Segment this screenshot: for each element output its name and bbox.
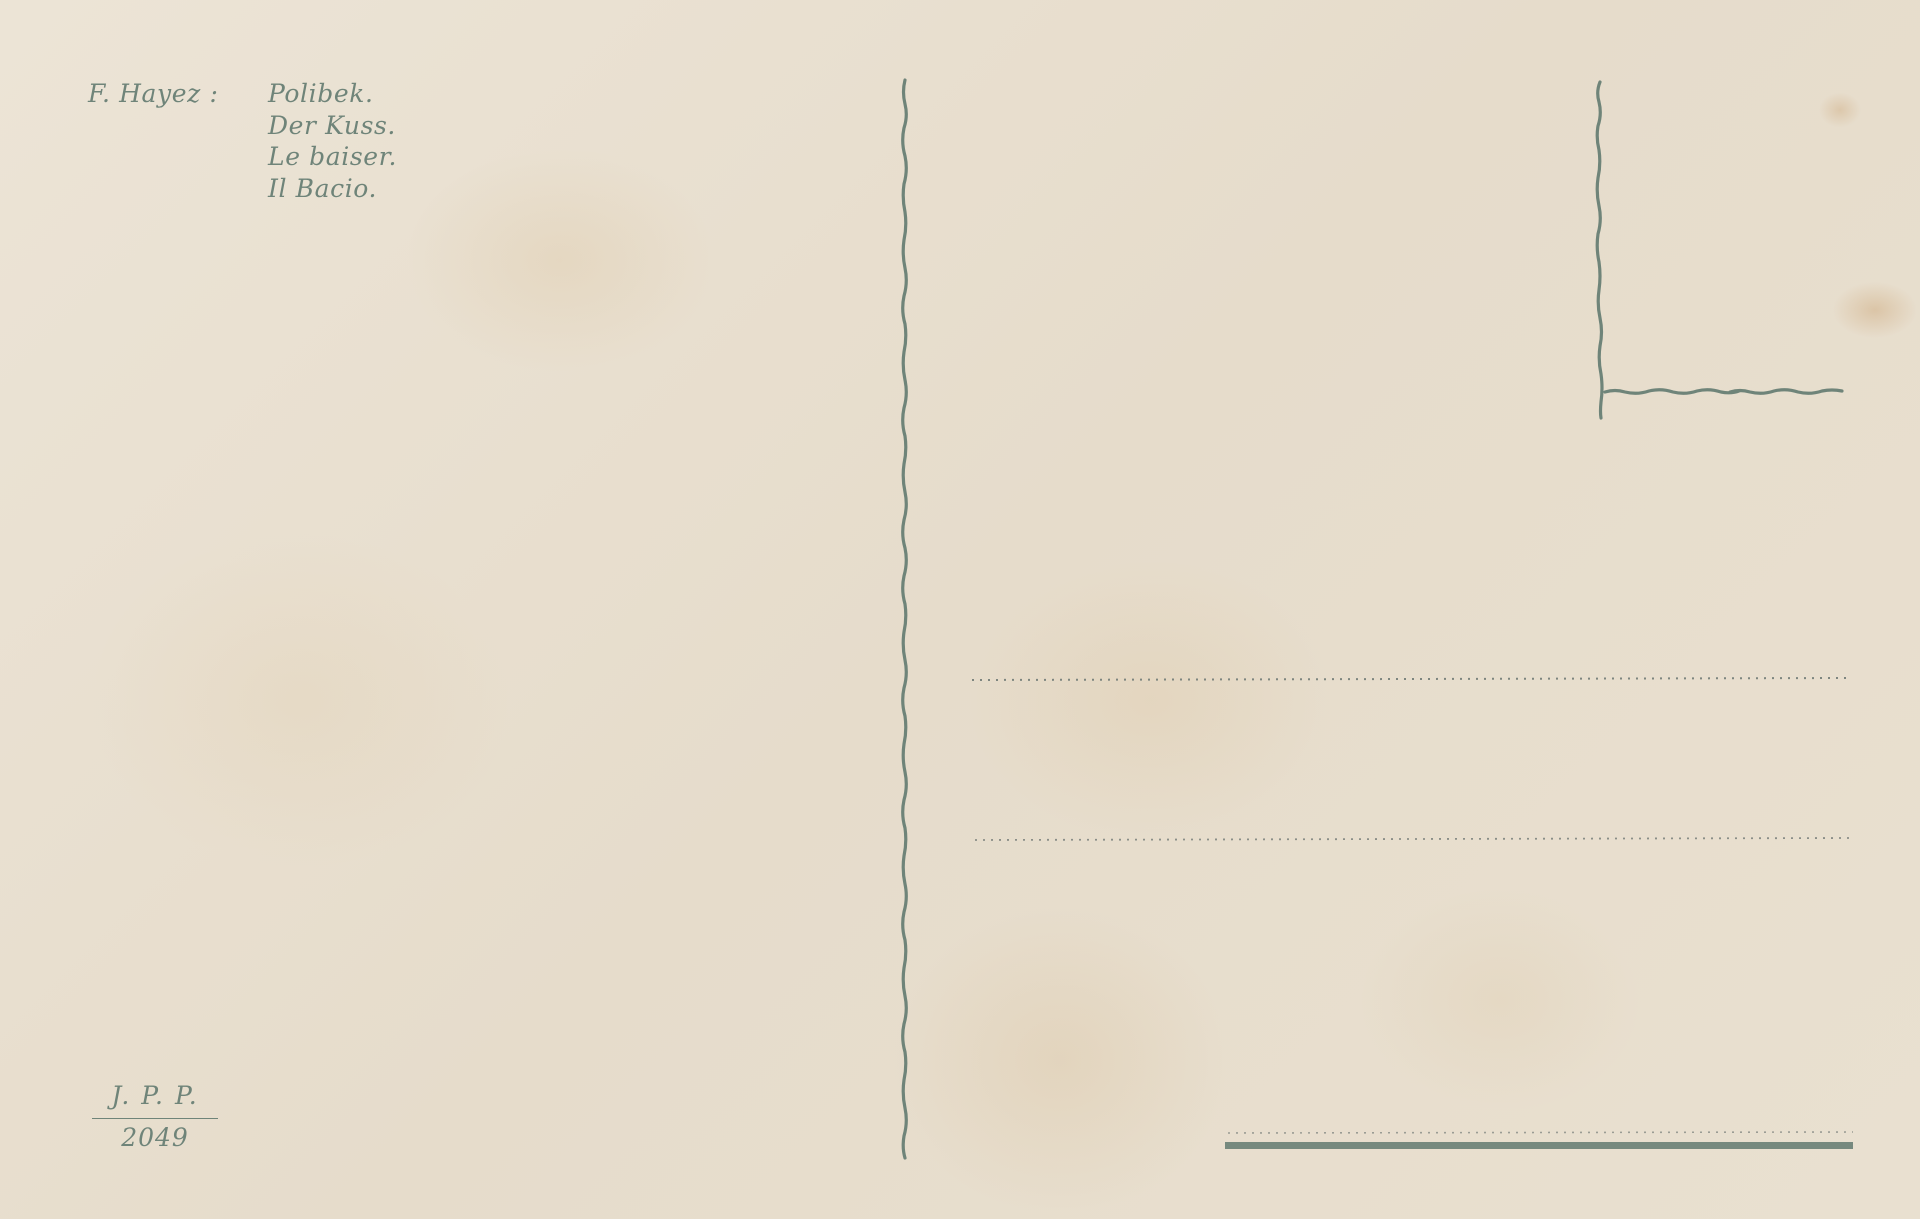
- address-line-3: [1228, 1132, 1853, 1133]
- bottom-address-rule: [1225, 1142, 1853, 1149]
- address-line-1: [972, 678, 1846, 680]
- postcard-ruling: [0, 0, 1920, 1219]
- stamp-box-left-edge: [1597, 82, 1602, 418]
- address-line-2: [975, 838, 1850, 840]
- stamp-box-bottom-edge: [1605, 390, 1842, 394]
- center-divider-line: [903, 80, 907, 1158]
